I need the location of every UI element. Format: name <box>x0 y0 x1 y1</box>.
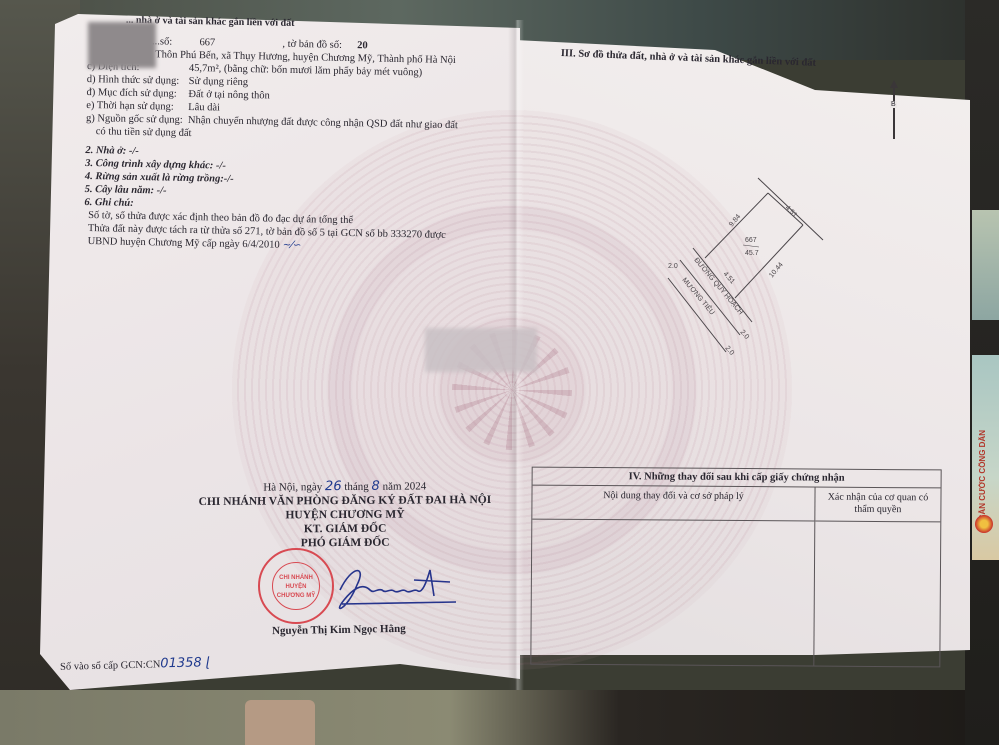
svg-text:4.51: 4.51 <box>784 204 799 219</box>
signature <box>322 560 462 620</box>
svg-text:45.7: 45.7 <box>745 250 759 257</box>
svg-text:667: 667 <box>745 237 757 244</box>
sign-month: 8 <box>371 479 379 494</box>
org-line-1: CHI NHÁNH VĂN PHÒNG ĐĂNG KÝ ĐẤT ĐAI HÀ N… <box>190 493 500 509</box>
svg-text:2.0: 2.0 <box>668 263 678 270</box>
id-card-photo-edge <box>972 210 999 320</box>
parcel-no: 667 <box>199 37 215 48</box>
column-header-confirmation: Xác nhận của cơ quan có thẩm quyền <box>815 488 940 523</box>
background-bottom <box>0 690 999 745</box>
svg-text:2.0: 2.0 <box>738 329 750 341</box>
map-sheet: 20 <box>357 40 368 51</box>
national-emblem-icon <box>975 515 993 533</box>
sign-day: 26 <box>325 479 342 494</box>
svg-text:2.0: 2.0 <box>723 345 735 357</box>
signing-block: Hà Nội, ngày 26 tháng 8 năm 2024 CHI NHÁ… <box>190 479 500 551</box>
redacted-region-center <box>425 328 537 372</box>
hand <box>245 700 315 745</box>
changes-table: IV. Những thay đổi sau khi cấp giấy chứn… <box>530 467 941 668</box>
id-card-label: CĂN CƯỚC CÔNG DÂN <box>978 430 987 520</box>
north-label: B <box>890 101 897 108</box>
north-arrow-icon <box>893 84 895 139</box>
changes-confirmation-column: Xác nhận của cơ quan có thẩm quyền <box>814 488 940 667</box>
parcel-diagram: 4.51 9.84 667 45.7 4.51 10.44 ĐƯỜNG QUY … <box>660 170 840 360</box>
svg-text:9.84: 9.84 <box>728 213 742 228</box>
registry-number-handwritten: 01358 <box>160 655 202 671</box>
redacted-region <box>88 22 156 68</box>
signer-name: Nguyễn Thị Kim Ngọc Hằng <box>272 623 406 637</box>
map-sheet-label: , tờ bản đồ số: <box>282 39 342 51</box>
role-line-2: PHÓ GIÁM ĐỐC <box>190 535 500 551</box>
svg-text:4.51: 4.51 <box>722 271 736 286</box>
changes-content-column: Nội dung thay đổi và cơ sở pháp lý <box>531 486 815 666</box>
svg-text:10.44: 10.44 <box>768 261 785 279</box>
column-header-content: Nội dung thay đổi và cơ sở pháp lý <box>532 486 814 522</box>
